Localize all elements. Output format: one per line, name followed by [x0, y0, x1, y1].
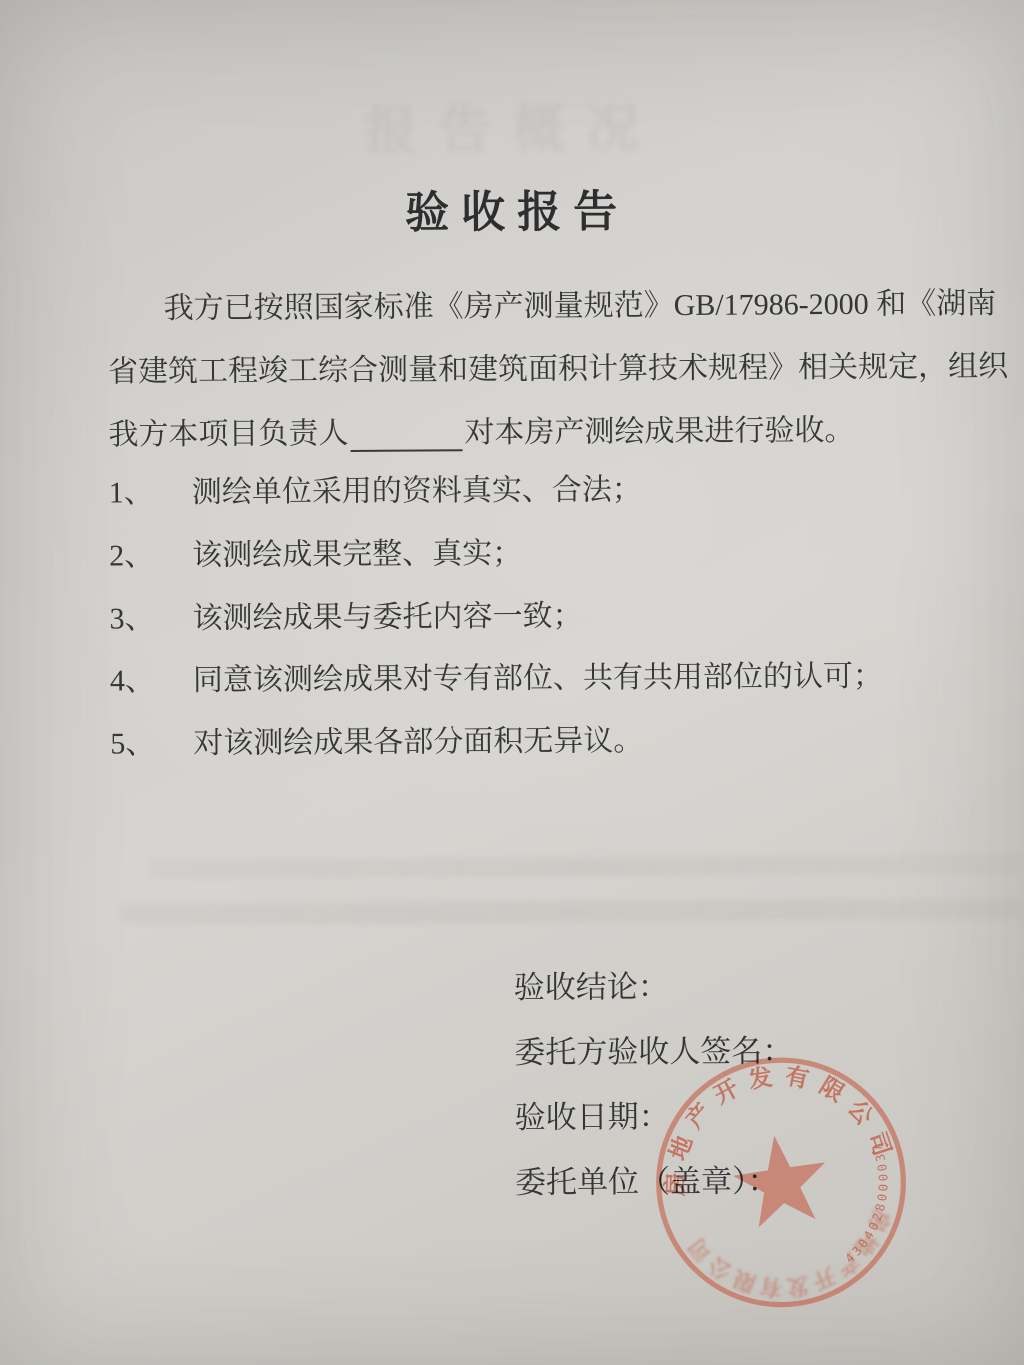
list-item: 5、 对该测绘成果各部分面积无异议。 — [110, 713, 990, 762]
bleed-through-text: 报告概况 — [364, 87, 660, 164]
signoff-conclusion-label: 验收结论： — [514, 961, 669, 1007]
paragraph-line-3-before: 我方本项目负责人 — [108, 417, 348, 451]
company-seal-stamp: 房地产开发有限公司 房地产开发有限公司 4304028000037 — [632, 1034, 929, 1331]
list-item: 2、 该测绘成果完整、真实； — [109, 525, 989, 574]
seal-star-icon — [728, 1129, 833, 1230]
list-item-number: 1、 — [109, 467, 192, 512]
paragraph-line-1: 我方已按照国家标准《房产测量规范》GB/17986-2000 和《湖南 — [108, 278, 1024, 328]
list-item-text: 同意该测绘成果对专有部位、共有共用部位的认可； — [193, 651, 883, 699]
responsible-person-blank — [350, 419, 462, 452]
document-page: 报告概况 验收报告 我方已按照国家标准《房产测量规范》GB/17986-2000… — [0, 0, 1024, 1365]
paragraph-line-3-after: 对本房产测绘成果进行验收。 — [464, 414, 854, 449]
list-item-text: 该测绘成果与委托内容一致； — [192, 591, 582, 637]
paragraph-line-2: 省建筑工程竣工综合测量和建筑面积计算技术规程》相关规定，组织 — [108, 341, 968, 390]
list-item: 4、 同意该测绘成果对专有部位、共有共用部位的认可； — [110, 650, 990, 699]
list-item-number: 4、 — [110, 655, 193, 700]
list-item-text: 该测绘成果完整、真实； — [192, 528, 522, 574]
bleed-through-band — [121, 899, 1021, 924]
page-title: 验收报告 — [5, 173, 1024, 243]
list-item-text: 对该测绘成果各部分面积无异议。 — [193, 715, 643, 762]
list-item-number: 2、 — [109, 530, 192, 575]
list-item-text: 测绘单位采用的资料真实、合法； — [192, 464, 642, 511]
list-item-number: 5、 — [110, 718, 193, 763]
list-item: 1、 测绘单位采用的资料真实、合法； — [109, 462, 989, 511]
list-item: 3、 该测绘成果与委托内容一致； — [109, 588, 989, 637]
paragraph-line-3: 我方本项目负责人对本房产测绘成果进行验收。 — [108, 404, 968, 453]
list-item-number: 3、 — [109, 593, 192, 638]
bleed-through-band — [151, 855, 1021, 878]
